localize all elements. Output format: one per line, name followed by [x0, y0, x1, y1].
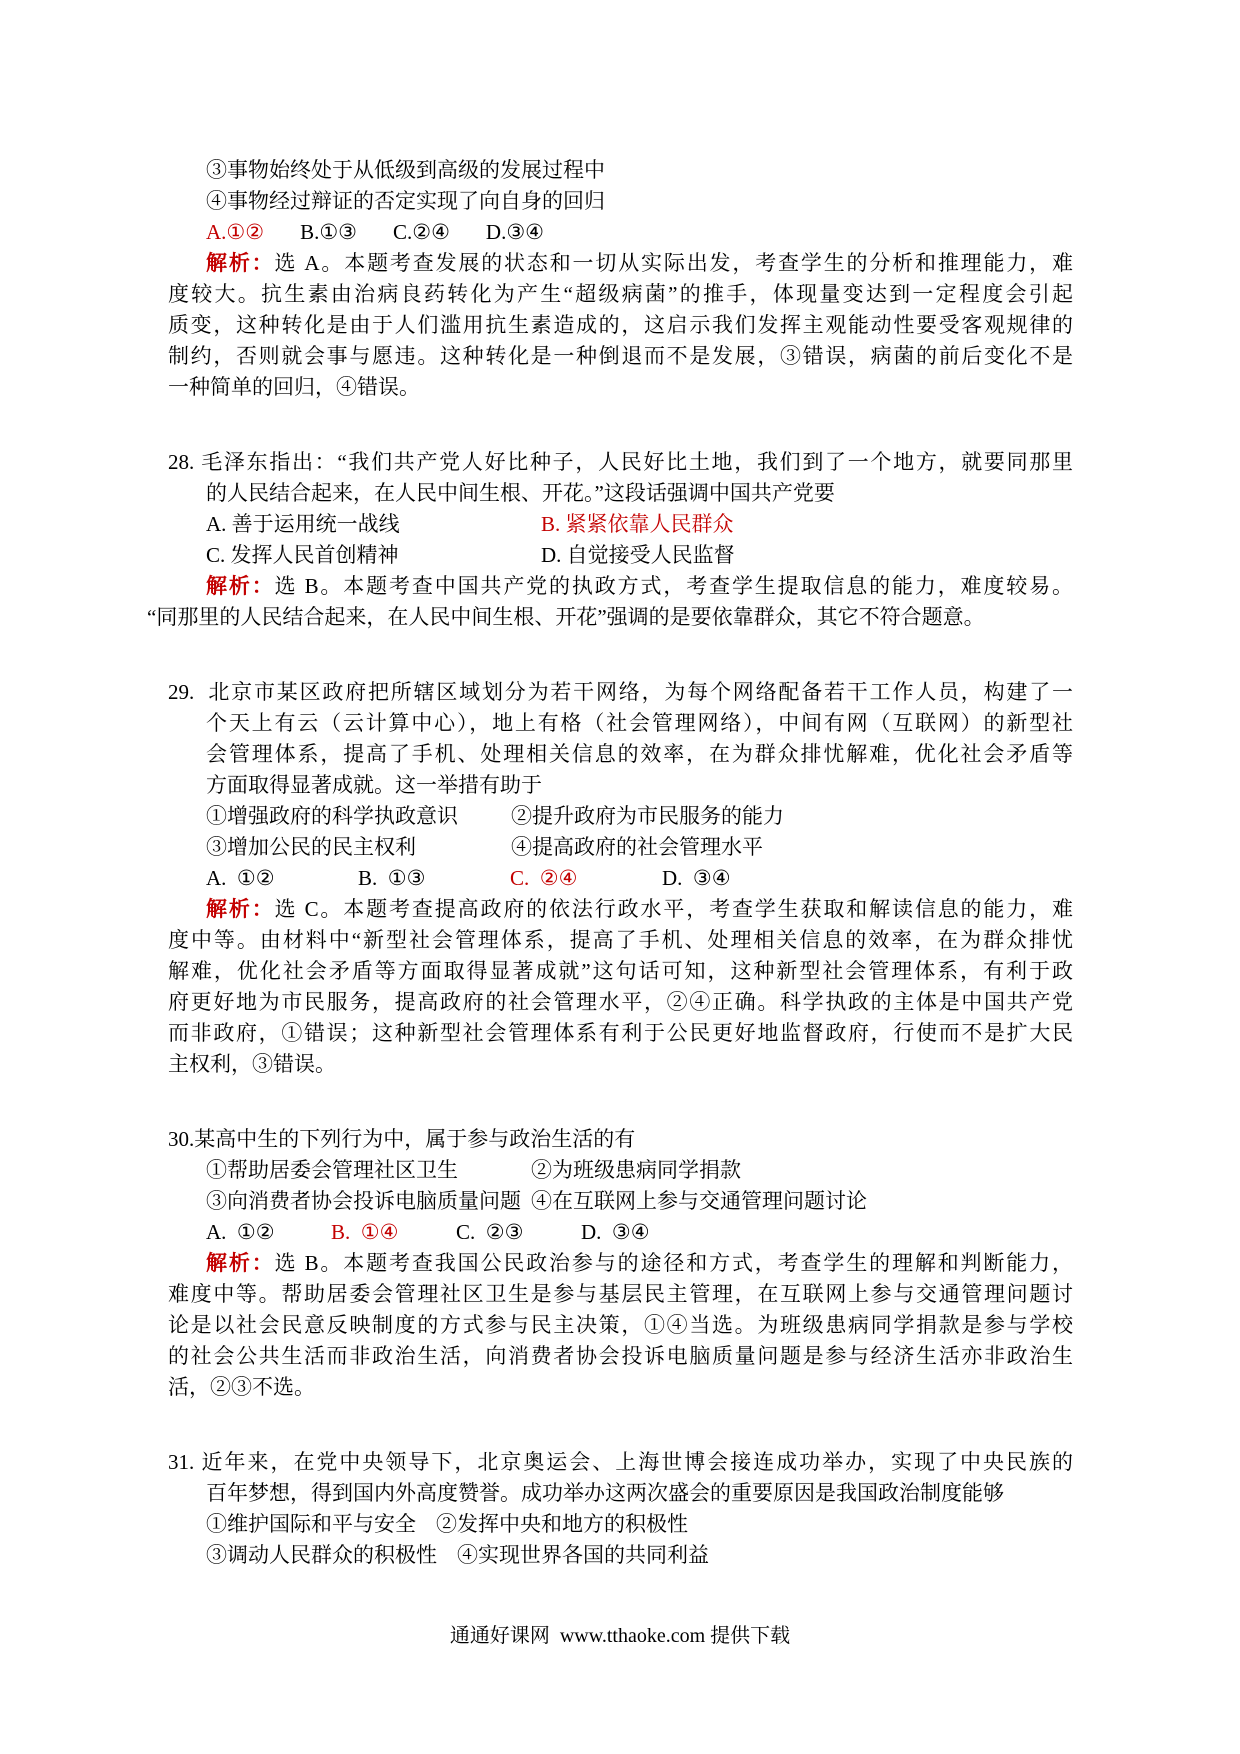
analysis-label: 解析：	[206, 574, 275, 598]
exam-page: ③事物始终处于从低级到高级的发展过程中 ④事物经过辩证的否定实现了向自身的回归 …	[0, 0, 1240, 1754]
stem-line: 31. 近年来，在党中央领导下，北京奥运会、上海世博会接连成功举办，实现了中央民…	[168, 1447, 1073, 1478]
option-item-1: ①增强政府的科学执政意识	[206, 801, 511, 832]
option-pair-line: ①维护国际和平与安全②发挥中央和地方的积极性	[168, 1509, 1073, 1540]
answer-options-line: A.①②B.①③C.②④D.③④	[168, 217, 1073, 248]
stem-line: 方面取得显著成就。这一举措有助于	[168, 770, 1073, 801]
analysis-line: 制约，否则就会事与愿违。这种转化是一种倒退而不是发展，③错误，病菌的前后变化不是	[168, 341, 1073, 372]
statement-line: ③事物始终处于从低级到高级的发展过程中	[168, 155, 1073, 186]
question-number: 29.	[168, 680, 208, 704]
answer-option-d: D.③④	[486, 220, 544, 244]
analysis-text: 选 B。本题考查我国公民政治参与的途径和方式，考查学生的理解和判断能力，	[275, 1251, 1073, 1275]
stem-text: 北京市某区政府把所辖区域划分为若干网络，为每个网络配备若干工作人员，构建了一	[208, 680, 1073, 704]
option-item-3: ③调动人民群众的积极性	[206, 1543, 437, 1567]
stem-line: 29. 北京市某区政府把所辖区域划分为若干网络，为每个网络配备若干工作人员，构建…	[168, 677, 1073, 708]
exam-content: ③事物始终处于从低级到高级的发展过程中 ④事物经过辩证的否定实现了向自身的回归 …	[168, 155, 1073, 1615]
option-item-2: ②为班级患病同学捐款	[531, 1158, 741, 1182]
question-28-block: 28. 毛泽东指出：“我们共产党人好比种子，人民好比土地，我们到了一个地方，就要…	[168, 447, 1073, 633]
option-item-2: ②提升政府为市民服务的能力	[511, 804, 784, 828]
answer-option-b: B.①③	[300, 220, 357, 244]
analysis-line: 解析：选 B。本题考查我国公民政治参与的途径和方式，考查学生的理解和判断能力，	[168, 1248, 1073, 1279]
analysis-line: 解析：选 B。本题考查中国共产党的执政方式，考查学生提取信息的能力，难度较易。	[168, 571, 1073, 602]
analysis-text: 选 B。本题考查中国共产党的执政方式，考查学生提取信息的能力，难度较易。	[275, 574, 1073, 598]
answer-options-line: A. ①②B. ①③C. ②④D. ③④	[168, 863, 1073, 894]
option-pair-line: ③调动人民群众的积极性④实现世界各国的共同利益	[168, 1540, 1073, 1571]
option-item-4: ④实现世界各国的共同利益	[457, 1543, 709, 1567]
option-pair-line: ①增强政府的科学执政意识②提升政府为市民服务的能力	[168, 801, 1073, 832]
option-item-4: ④提高政府的社会管理水平	[511, 835, 763, 859]
answer-option-b: B. ①③	[358, 863, 510, 894]
answer-option-c: C. 发挥人民首创精神	[206, 540, 541, 571]
answer-option-b-correct: B. ①④	[331, 1217, 456, 1248]
analysis-line: 论是以社会民意反映制度的方式参与民主决策，①④当选。为班级患病同学捐款是参与学校	[168, 1310, 1073, 1341]
analysis-label: 解析：	[206, 897, 275, 921]
analysis-line: 难度中等。帮助居委会管理社区卫生是参与基层民主管理，在互联网上参与交通管理问题讨	[168, 1279, 1073, 1310]
answer-option-a: A. ①②	[206, 863, 358, 894]
analysis-line: 度中等。由材料中“新型社会管理体系，提高了手机、处理相关信息的效率，在为群众排忧	[168, 925, 1073, 956]
option-item-1: ①维护国际和平与安全	[206, 1512, 416, 1536]
answer-option-d: D. ③④	[662, 863, 731, 894]
option-item-3: ③向消费者协会投诉电脑质量问题	[206, 1186, 531, 1217]
answer-option-c: C. ②③	[456, 1217, 581, 1248]
analysis-line: 解难，优化社会矛盾等方面取得显著成就”这句话可知，这种新型社会管理体系，有利于政	[168, 956, 1073, 987]
option-pair-line: ③向消费者协会投诉电脑质量问题④在互联网上参与交通管理问题讨论	[168, 1186, 1073, 1217]
analysis-line: 而非政府，①错误；这种新型社会管理体系有利于公民更好地监督政府，行使而不是扩大民	[168, 1018, 1073, 1049]
answer-options-line: A. ①②B. ①④C. ②③D. ③④	[168, 1217, 1073, 1248]
answer-option-d: D. ③④	[581, 1217, 650, 1248]
answer-option-c: C.②④	[393, 220, 450, 244]
analysis-line: 解析：选 C。本题考查提高政府的依法行政水平，考查学生获取和解读信息的能力，难	[168, 894, 1073, 925]
answer-option-d: D. 自觉接受人民监督	[541, 543, 735, 567]
analysis-line: “同那里的人民结合起来，在人民中间生根、开花”强调的是要依靠群众，其它不符合题意…	[147, 602, 1073, 633]
stem-line: 百年梦想，得到国内外高度赞誉。成功举办这两次盛会的重要原因是我国政治制度能够	[168, 1478, 1073, 1509]
question-30-block: 30.某高中生的下列行为中，属于参与政治生活的有 ①帮助居委会管理社区卫生②为班…	[168, 1124, 1073, 1403]
stem-text: 近年来，在党中央领导下，北京奥运会、上海世博会接连成功举办，实现了中央民族的	[202, 1450, 1074, 1474]
analysis-text: 选 A。本题考查发展的状态和一切从实际出发，考查学生的分析和推理能力，难	[275, 251, 1074, 275]
analysis-line: 活，②③不选。	[168, 1372, 1073, 1403]
option-item-1: ①帮助居委会管理社区卫生	[206, 1155, 531, 1186]
question-number: 30.	[168, 1127, 194, 1151]
answer-options-line: A. 善于运用统一战线B. 紧紧依靠人民群众	[168, 509, 1073, 540]
analysis-line: 的社会公共生活而非政治生活，向消费者协会投诉电脑质量问题是参与经济生活亦非政治生	[168, 1341, 1073, 1372]
answer-option-a: A. ①②	[206, 1217, 331, 1248]
answer-options-line: C. 发挥人民首创精神D. 自觉接受人民监督	[168, 540, 1073, 571]
answer-option-a: A. 善于运用统一战线	[206, 509, 541, 540]
analysis-line: 一种简单的回归，④错误。	[168, 372, 1073, 403]
stem-line: 30.某高中生的下列行为中，属于参与政治生活的有	[168, 1124, 1073, 1155]
stem-line: 会管理体系，提高了手机、处理相关信息的效率，在为群众排忧解难，优化社会矛盾等	[168, 739, 1073, 770]
analysis-label: 解析：	[206, 251, 275, 275]
analysis-line: 度较大。抗生素由治病良药转化为产生“超级病菌”的推手，体现量变达到一定程度会引起	[168, 279, 1073, 310]
question-number: 31.	[168, 1450, 202, 1474]
question-31-block: 31. 近年来，在党中央领导下，北京奥运会、上海世博会接连成功举办，实现了中央民…	[168, 1447, 1073, 1571]
statement-line: ④事物经过辩证的否定实现了向自身的回归	[168, 186, 1073, 217]
answer-option-c-correct: C. ②④	[510, 863, 662, 894]
answer-option-a-correct: A.①②	[206, 220, 264, 244]
stem-text: 某高中生的下列行为中，属于参与政治生活的有	[194, 1127, 635, 1151]
option-item-3: ③增加公民的民主权利	[206, 832, 511, 863]
option-item-4: ④在互联网上参与交通管理问题讨论	[531, 1189, 867, 1213]
stem-line: 的人民结合起来，在人民中间生根、开花。”这段话强调中国共产党要	[168, 478, 1073, 509]
footer-credit: 通通好课网 www.tthaoke.com 提供下载	[0, 1622, 1240, 1650]
option-item-2: ②发挥中央和地方的积极性	[436, 1512, 688, 1536]
question-29-block: 29. 北京市某区政府把所辖区域划分为若干网络，为每个网络配备若干工作人员，构建…	[168, 677, 1073, 1080]
analysis-line: 解析：选 A。本题考查发展的状态和一切从实际出发，考查学生的分析和推理能力，难	[168, 248, 1073, 279]
analysis-line: 府更好地为市民服务，提高政府的社会管理水平，②④正确。科学执政的主体是中国共产党	[168, 987, 1073, 1018]
analysis-line: 主权利，③错误。	[168, 1049, 1073, 1080]
stem-line: 28. 毛泽东指出：“我们共产党人好比种子，人民好比土地，我们到了一个地方，就要…	[168, 447, 1073, 478]
option-pair-line: ①帮助居委会管理社区卫生②为班级患病同学捐款	[168, 1155, 1073, 1186]
question-27-block: ③事物始终处于从低级到高级的发展过程中 ④事物经过辩证的否定实现了向自身的回归 …	[168, 155, 1073, 403]
analysis-text: 选 C。本题考查提高政府的依法行政水平，考查学生获取和解读信息的能力，难	[275, 897, 1073, 921]
answer-option-b-correct: B. 紧紧依靠人民群众	[541, 512, 734, 536]
footer-text: 通通好课网 www.tthaoke.com 提供下载	[450, 1625, 790, 1647]
option-pair-line: ③增加公民的民主权利④提高政府的社会管理水平	[168, 832, 1073, 863]
analysis-label: 解析：	[206, 1251, 275, 1275]
analysis-line: 质变，这种转化是由于人们滥用抗生素造成的，这启示我们发挥主观能动性要受客观规律的	[168, 310, 1073, 341]
stem-text: 毛泽东指出：“我们共产党人好比种子，人民好比土地，我们到了一个地方，就要同那里	[201, 450, 1073, 474]
stem-line: 个天上有云（云计算中心），地上有格（社会管理网络），中间有网（互联网）的新型社	[168, 708, 1073, 739]
question-number: 28.	[168, 450, 201, 474]
